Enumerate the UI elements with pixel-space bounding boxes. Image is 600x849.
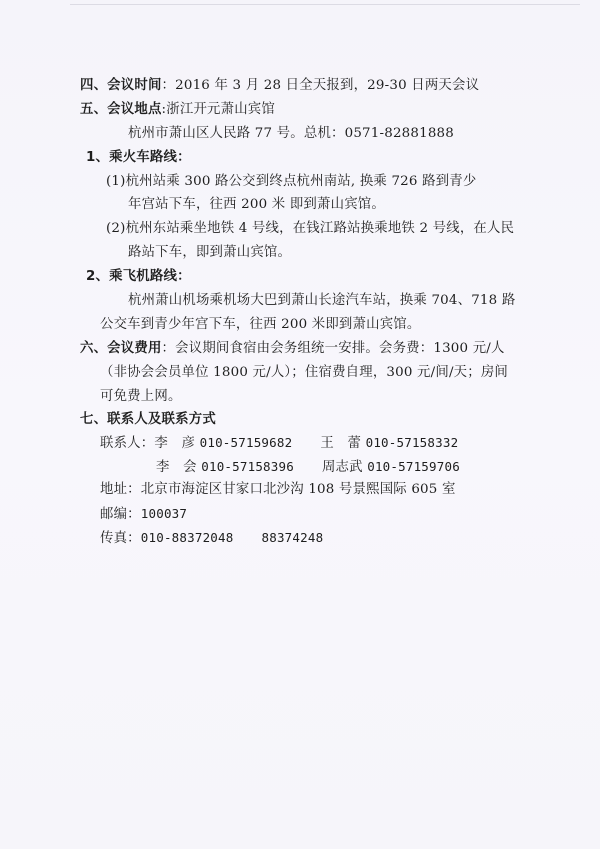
contact-address: 地址：北京市海淀区甘家口北沙沟 108 号景熙国际 605 室 bbox=[100, 481, 456, 499]
section-4-meeting-time: 四、会议时间：2016 年 3 月 28 日全天报到，29-30 日两天会议 bbox=[80, 77, 479, 95]
contact-name: 李 彦 bbox=[154, 436, 195, 451]
fax-number-1: 010-88372048 bbox=[141, 530, 234, 545]
plane-route-line-2: 公交车到青少年宫下车，往西 200 米即到萧山宾馆。 bbox=[100, 316, 420, 334]
contact-name: 李 会 bbox=[156, 460, 197, 475]
section-7-contacts-heading: 七、联系人及联系方式 bbox=[80, 411, 216, 429]
venue-address: 杭州市萧山区人民路 77 号。总机：0571-82881888 bbox=[128, 125, 454, 143]
plane-route-colon: ： bbox=[177, 269, 191, 284]
plane-route-label: 2、乘飞机路线 bbox=[86, 269, 177, 284]
fax: 传真：010-8837204888374248 bbox=[100, 529, 323, 548]
train-route-2-line-1: (2)杭州东站乘坐地铁 4 号线，在钱江路站换乘地铁 2 号线，在人民 bbox=[106, 220, 514, 238]
section-5-text: :浙江开元萧山宾馆 bbox=[162, 102, 275, 117]
section-6-line-1: ：会议期间食宿由会务组统一安排。会务费：1300 元/人 bbox=[162, 341, 505, 356]
fax-number-2: 88374248 bbox=[262, 530, 324, 545]
contact-phone: 010-57158396 bbox=[201, 459, 294, 474]
contact-phone: 010-57159682 bbox=[200, 435, 293, 450]
section-4-label: 四、会议时间 bbox=[80, 78, 162, 93]
contact-name: 周志武 bbox=[322, 460, 363, 475]
contacts-row-2: 李 会 010-57158396周志武 010-57159706 bbox=[156, 458, 460, 477]
contacts-label: 联系人： bbox=[100, 436, 154, 451]
contact-phone: 010-57158332 bbox=[366, 435, 459, 450]
scan-edge-line bbox=[70, 4, 580, 5]
section-5-venue: 五、会议地点:浙江开元萧山宾馆 bbox=[80, 101, 275, 119]
plane-route-heading: 2、乘飞机路线： bbox=[86, 268, 191, 286]
train-route-heading: 1、乘火车路线： bbox=[86, 149, 191, 167]
contact-phone: 010-57159706 bbox=[367, 459, 460, 474]
train-route-2-line-2: 路站下车，即到萧山宾馆。 bbox=[128, 244, 291, 262]
section-6-fees: 六、会议费用：会议期间食宿由会务组统一安排。会务费：1300 元/人 bbox=[80, 340, 505, 358]
contacts-row-1: 联系人：李 彦 010-57159682王 蕾 010-57158332 bbox=[100, 434, 458, 453]
section-6-line-2: （非协会会员单位 1800 元/人）；住宿费自理，300 元/间/天；房间 bbox=[100, 364, 508, 382]
fax-label: 传真： bbox=[100, 531, 141, 546]
section-5-label: 五、会议地点 bbox=[80, 102, 162, 117]
postcode: 邮编：100037 bbox=[100, 505, 187, 524]
postcode-value: 100037 bbox=[141, 506, 187, 521]
section-6-line-3: 可免费上网。 bbox=[100, 388, 182, 406]
train-route-1-line-2: 年宫站下车，往西 200 米 即到萧山宾馆。 bbox=[128, 196, 385, 214]
postcode-label: 邮编： bbox=[100, 507, 141, 522]
train-route-label: 1、乘火车路线 bbox=[86, 150, 177, 165]
contact-name: 王 蕾 bbox=[320, 436, 361, 451]
train-route-colon: ： bbox=[177, 150, 191, 165]
document-page: 四、会议时间：2016 年 3 月 28 日全天报到，29-30 日两天会议 五… bbox=[0, 0, 600, 849]
section-6-label: 六、会议费用 bbox=[80, 341, 162, 356]
train-route-1-line-1: (1)杭州站乘 300 路公交到终点杭州南站, 换乘 726 路到青少 bbox=[106, 173, 476, 191]
plane-route-line-1: 杭州萧山机场乘机场大巴到萧山长途汽车站，换乘 704、718 路 bbox=[128, 292, 515, 310]
section-4-text: ：2016 年 3 月 28 日全天报到，29-30 日两天会议 bbox=[162, 78, 480, 93]
